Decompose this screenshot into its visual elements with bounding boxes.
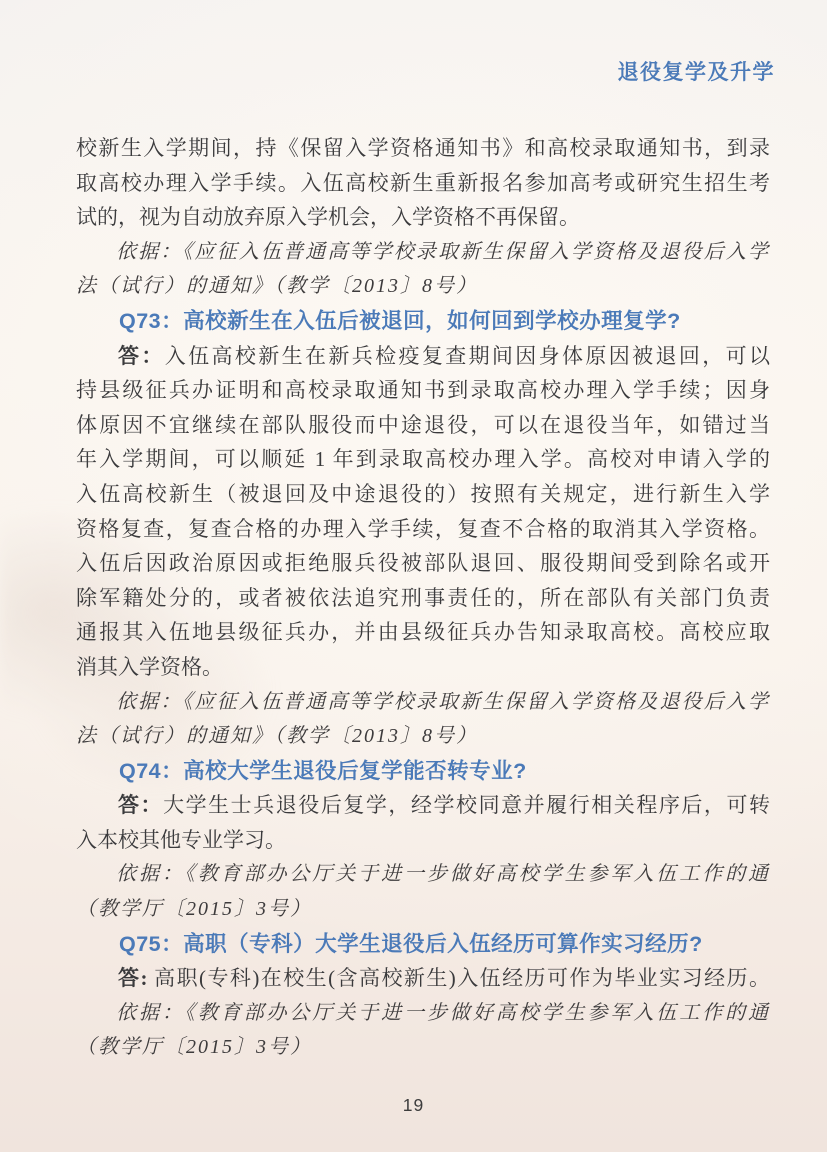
question-q73: Q73：高校新生在入伍后被退回，如何回到学校办理复学? [76, 304, 770, 339]
page-content: 校新生入学期间，持《保留入学资格通知书》和高校录取通知书，到录 取高校办理入学手… [76, 131, 770, 1065]
answer-text: 高职(专科)在校生(含高校新生)入伍经历可作为毕业实习经历。 [154, 966, 770, 990]
citation-line: （教学厅〔2015〕3号） [76, 892, 770, 927]
section-header: 退役复学及升学 [618, 56, 776, 86]
page-number: 19 [403, 1095, 424, 1115]
answer-text: 大学生士兵退役后复学，经学校同意并履行相关程序后，可转 [163, 793, 770, 817]
citation-line: 依据：《教育部办公厅关于进一步做好高校学生参军入伍工作的通知》 [76, 857, 770, 892]
answer-label: 答： [118, 344, 165, 368]
intro-line: 取高校办理入学手续。入伍高校新生重新报名参加高考或研究生招生考 [76, 166, 770, 201]
answer-line: 答：大学生士兵退役后复学，经学校同意并履行相关程序后，可转 [76, 788, 770, 823]
answer-line: 入伍后因政治原因或拒绝服兵役被部队退回、服役期间受到除名或开 [76, 546, 770, 581]
answer-line: 答: 高职(专科)在校生(含高校新生)入伍经历可作为毕业实习经历。 [76, 961, 770, 996]
question-q75: Q75：高职（专科）大学生退役后入伍经历可算作实习经历? [76, 927, 770, 962]
citation-line: 法（试行）的通知》（教学〔2013〕8号） [76, 719, 770, 754]
answer-line: 体原因不宜继续在部队服役而中途退役，可以在退役当年，如错过当 [76, 408, 770, 443]
answer-line: 除军籍处分的，或者被依法追究刑事责任的，所在部队有关部门负责 [76, 581, 770, 616]
citation-line: 法（试行）的通知》（教学〔2013〕8号） [76, 269, 770, 304]
answer-line: 答：入伍高校新生在新兵检疫复查期间因身体原因被退回，可以 [76, 339, 770, 374]
answer-text: 入伍高校新生在新兵检疫复查期间因身体原因被退回，可以 [165, 344, 770, 368]
answer-line: 持县级征兵办证明和高校录取通知书到录取高校办理入学手续；因身 [76, 373, 770, 408]
answer-line: 消其入学资格。 [76, 650, 770, 685]
citation-line: 依据：《应征入伍普通高等学校录取新生保留入学资格及退役后入学办 [76, 235, 770, 270]
intro-line: 校新生入学期间，持《保留入学资格通知书》和高校录取通知书，到录 [76, 131, 770, 166]
answer-label: 答: [118, 966, 154, 990]
intro-line: 试的，视为自动放弃原入学机会，入学资格不再保留。 [76, 200, 770, 235]
question-q74: Q74：高校大学生退役后复学能否转专业? [76, 754, 770, 789]
answer-line: 资格复查，复查合格的办理入学手续，复查不合格的取消其入学资格。 [76, 512, 770, 547]
document-page: 退役复学及升学 校新生入学期间，持《保留入学资格通知书》和高校录取通知书，到录 … [0, 0, 827, 1152]
citation-line: 依据：《应征入伍普通高等学校录取新生保留入学资格及退役后入学办 [76, 685, 770, 720]
answer-label: 答： [118, 793, 163, 817]
citation-line: （教学厅〔2015〕3号） [76, 1030, 770, 1065]
answer-line: 入本校其他专业学习。 [76, 823, 770, 858]
answer-line: 年入学期间，可以顺延 1 年到录取高校办理入学。高校对申请入学的 [76, 442, 770, 477]
answer-line: 通报其入伍地县级征兵办，并由县级征兵办告知录取高校。高校应取 [76, 615, 770, 650]
answer-line: 入伍高校新生（被退回及中途退役的）按照有关规定，进行新生入学 [76, 477, 770, 512]
page-footer: 19 [0, 1095, 827, 1116]
citation-line: 依据：《教育部办公厅关于进一步做好高校学生参军入伍工作的通知》 [76, 996, 770, 1031]
